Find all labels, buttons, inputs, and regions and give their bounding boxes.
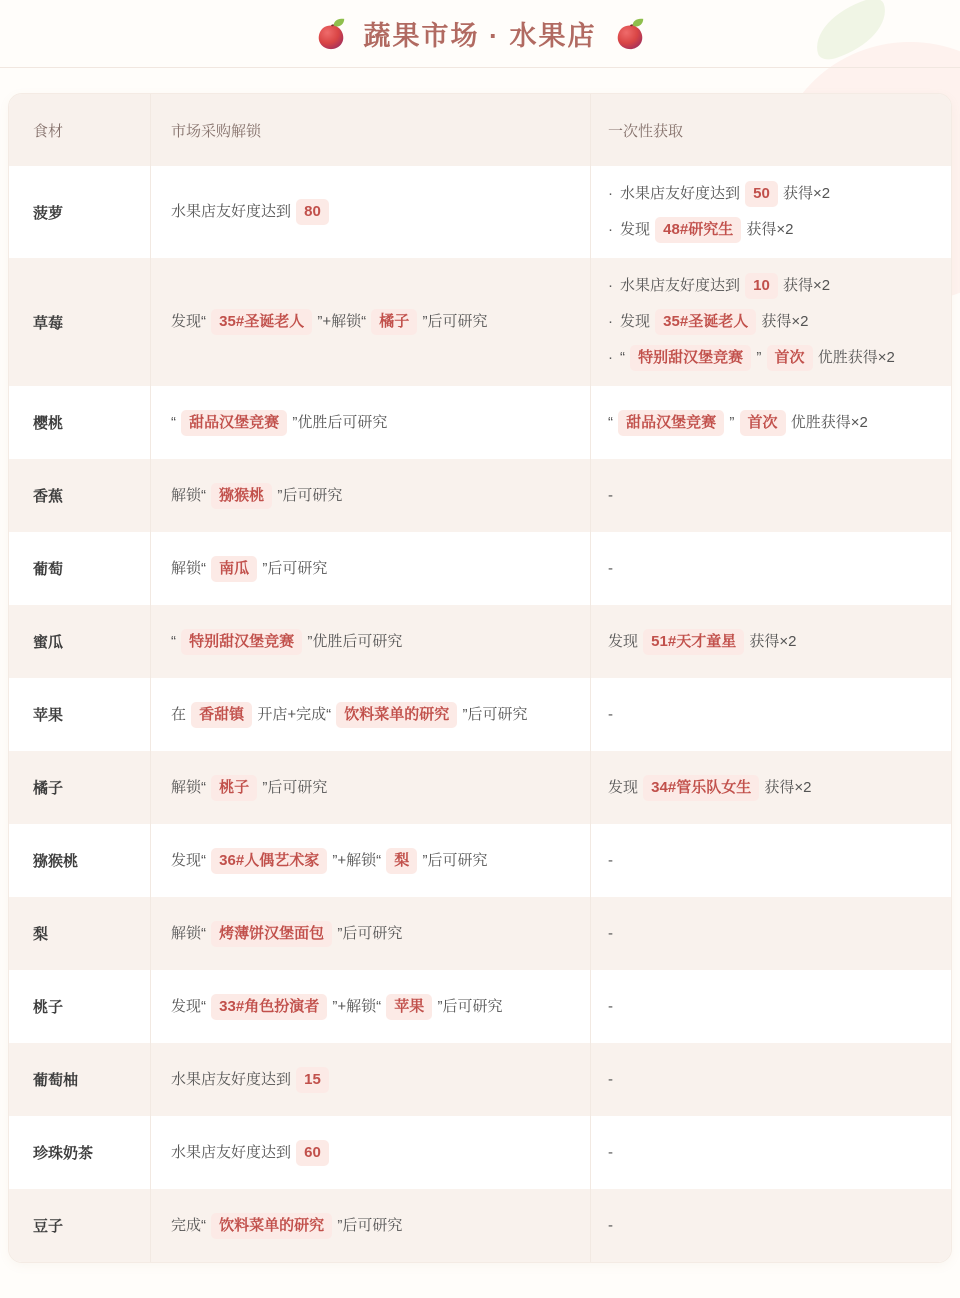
table-row: 豆子完成“ 饮料菜单的研究 ”后可研究- bbox=[9, 1189, 951, 1262]
ingredient-name: 草莓 bbox=[9, 258, 151, 386]
acquire-line: ·发现 48#研究生 获得×2 bbox=[608, 212, 935, 248]
table-row: 橘子解锁“ 桃子 ”后可研究发现 34#管乐队女生 获得×2 bbox=[9, 751, 951, 824]
ingredient-name: 樱桃 bbox=[9, 386, 151, 459]
acquire-line: - bbox=[608, 1135, 935, 1171]
unlock-condition: 解锁“ 烤薄饼汉堡面包 ”后可研究 bbox=[151, 897, 591, 970]
unlock-text: 解锁“ 桃子 ”后可研究 bbox=[171, 770, 327, 806]
unlock-text: 水果店友好度达到 60 bbox=[171, 1135, 330, 1171]
acquire-line: - bbox=[608, 916, 935, 952]
acquire-line: 发现 51#天才童星 获得×2 bbox=[608, 624, 935, 660]
table-row: 苹果在 香甜镇 开店+完成“ 饮料菜单的研究 ”后可研究- bbox=[9, 678, 951, 751]
unlock-text: 发现“ 33#角色扮演者 ”+解锁“ 苹果 ”后可研究 bbox=[171, 989, 502, 1025]
unlock-text: 解锁“ 南瓜 ”后可研究 bbox=[171, 551, 327, 587]
bullet-dot: · bbox=[608, 176, 613, 212]
unlock-condition: 发现“ 33#角色扮演者 ”+解锁“ 苹果 ”后可研究 bbox=[151, 970, 591, 1043]
unlock-condition: 发现“ 35#圣诞老人 ”+解锁“ 橘子 ”后可研究 bbox=[151, 258, 591, 386]
unlock-text: 发现“ 36#人偶艺术家 ”+解锁“ 梨 ”后可研究 bbox=[171, 843, 487, 879]
unlock-text: 水果店友好度达到 15 bbox=[171, 1062, 330, 1098]
highlight-tag: 33#角色扮演者 bbox=[211, 994, 327, 1020]
table-row: 珍珠奶茶水果店友好度达到 60- bbox=[9, 1116, 951, 1189]
acquire-lines: - bbox=[608, 551, 935, 587]
acquire-lines: - bbox=[608, 916, 935, 952]
highlight-tag: 甜品汉堡竞赛 bbox=[181, 410, 287, 436]
unlock-text: 完成“ 饮料菜单的研究 ”后可研究 bbox=[171, 1208, 402, 1244]
one-time-acquire: - bbox=[591, 970, 951, 1043]
table-row: 蜜瓜“ 特别甜汉堡竞赛 ”优胜后可研究发现 51#天才童星 获得×2 bbox=[9, 605, 951, 678]
unlock-condition: 解锁“ 猕猴桃 ”后可研究 bbox=[151, 459, 591, 532]
highlight-tag: 51#天才童星 bbox=[643, 629, 744, 655]
ingredient-name: 蜜瓜 bbox=[9, 605, 151, 678]
column-header-unlock: 市场采购解锁 bbox=[151, 94, 591, 166]
unlock-condition: “ 甜品汉堡竞赛 ”优胜后可研究 bbox=[151, 386, 591, 459]
highlight-tag: 10 bbox=[745, 273, 778, 299]
acquire-lines: - bbox=[608, 697, 935, 733]
one-time-acquire: “ 甜品汉堡竞赛 ” 首次 优胜获得×2 bbox=[591, 386, 951, 459]
bullet-dot: · bbox=[608, 340, 613, 376]
highlight-tag: 48#研究生 bbox=[655, 217, 741, 243]
acquire-lines: ·水果店友好度达到 50 获得×2·发现 48#研究生 获得×2 bbox=[608, 176, 935, 248]
ingredient-name: 苹果 bbox=[9, 678, 151, 751]
one-time-acquire: - bbox=[591, 897, 951, 970]
table-row: 草莓发现“ 35#圣诞老人 ”+解锁“ 橘子 ”后可研究·水果店友好度达到 10… bbox=[9, 258, 951, 386]
column-header-acquire: 一次性获取 bbox=[591, 94, 951, 166]
one-time-acquire: - bbox=[591, 678, 951, 751]
acquire-line: “ 甜品汉堡竞赛 ” 首次 优胜获得×2 bbox=[608, 405, 935, 441]
unlock-condition: 水果店友好度达到 15 bbox=[151, 1043, 591, 1116]
table-row: 香蕉解锁“ 猕猴桃 ”后可研究- bbox=[9, 459, 951, 532]
one-time-acquire: 发现 51#天才童星 获得×2 bbox=[591, 605, 951, 678]
column-header-ingredient: 食材 bbox=[9, 94, 151, 166]
one-time-acquire: ·水果店友好度达到 10 获得×2·发现 35#圣诞老人 获得×2·“ 特别甜汉… bbox=[591, 258, 951, 386]
page-title: 蔬果市场 · 水果店 bbox=[364, 14, 597, 53]
ingredient-name: 豆子 bbox=[9, 1189, 151, 1262]
highlight-tag: 烤薄饼汉堡面包 bbox=[211, 921, 332, 947]
acquire-line: - bbox=[608, 1208, 935, 1244]
ingredient-name: 猕猴桃 bbox=[9, 824, 151, 897]
acquire-lines: - bbox=[608, 1208, 935, 1244]
unlock-condition: 水果店友好度达到 80 bbox=[151, 166, 591, 258]
ingredient-name: 葡萄 bbox=[9, 532, 151, 605]
unlock-text: 在 香甜镇 开店+完成“ 饮料菜单的研究 ”后可研究 bbox=[171, 697, 527, 733]
acquire-line: - bbox=[608, 697, 935, 733]
highlight-tag: 饮料菜单的研究 bbox=[211, 1213, 332, 1239]
highlight-tag: 80 bbox=[296, 199, 329, 225]
highlight-tag: 34#管乐队女生 bbox=[643, 775, 759, 801]
acquire-line: 发现 34#管乐队女生 获得×2 bbox=[608, 770, 935, 806]
unlock-text: “ 特别甜汉堡竞赛 ”优胜后可研究 bbox=[171, 624, 402, 660]
unlock-text: 解锁“ 烤薄饼汉堡面包 ”后可研究 bbox=[171, 916, 402, 952]
highlight-tag: 36#人偶艺术家 bbox=[211, 848, 327, 874]
one-time-acquire: - bbox=[591, 1189, 951, 1262]
acquire-lines: 发现 34#管乐队女生 获得×2 bbox=[608, 770, 935, 806]
highlight-tag: 饮料菜单的研究 bbox=[336, 702, 457, 728]
acquire-line: - bbox=[608, 478, 935, 514]
unlock-text: 发现“ 35#圣诞老人 ”+解锁“ 橘子 ”后可研究 bbox=[171, 304, 487, 340]
one-time-acquire: 发现 34#管乐队女生 获得×2 bbox=[591, 751, 951, 824]
highlight-tag: 苹果 bbox=[386, 994, 432, 1020]
acquire-lines: “ 甜品汉堡竞赛 ” 首次 优胜获得×2 bbox=[608, 405, 935, 441]
unlock-condition: 解锁“ 桃子 ”后可研究 bbox=[151, 751, 591, 824]
unlock-condition: 水果店友好度达到 60 bbox=[151, 1116, 591, 1189]
unlock-condition: 在 香甜镇 开店+完成“ 饮料菜单的研究 ”后可研究 bbox=[151, 678, 591, 751]
acquire-lines: 发现 51#天才童星 获得×2 bbox=[608, 624, 935, 660]
acquire-line: ·水果店友好度达到 10 获得×2 bbox=[608, 268, 935, 304]
highlight-tag: 特别甜汉堡竞赛 bbox=[630, 345, 751, 371]
unlock-text: 解锁“ 猕猴桃 ”后可研究 bbox=[171, 478, 342, 514]
highlight-tag: 15 bbox=[296, 1067, 329, 1093]
table-row: 葡萄解锁“ 南瓜 ”后可研究- bbox=[9, 532, 951, 605]
ingredient-name: 梨 bbox=[9, 897, 151, 970]
unlock-table: 食材 市场采购解锁 一次性获取 菠萝水果店友好度达到 80·水果店友好度达到 5… bbox=[8, 93, 952, 1263]
table-body: 菠萝水果店友好度达到 80·水果店友好度达到 50 获得×2·发现 48#研究生… bbox=[9, 166, 951, 1262]
highlight-tag: 首次 bbox=[767, 345, 813, 371]
unlock-condition: 发现“ 36#人偶艺术家 ”+解锁“ 梨 ”后可研究 bbox=[151, 824, 591, 897]
highlight-tag: 35#圣诞老人 bbox=[211, 309, 312, 335]
title-bar: 蔬果市场 · 水果店 bbox=[0, 0, 960, 68]
highlight-tag: 橘子 bbox=[371, 309, 417, 335]
table-row: 樱桃“ 甜品汉堡竞赛 ”优胜后可研究“ 甜品汉堡竞赛 ” 首次 优胜获得×2 bbox=[9, 386, 951, 459]
ingredient-name: 珍珠奶茶 bbox=[9, 1116, 151, 1189]
acquire-line: ·水果店友好度达到 50 获得×2 bbox=[608, 176, 935, 212]
acquire-lines: - bbox=[608, 478, 935, 514]
bullet-dot: · bbox=[608, 268, 613, 304]
highlight-tag: 35#圣诞老人 bbox=[655, 309, 756, 335]
highlight-tag: 香甜镇 bbox=[191, 702, 252, 728]
highlight-tag: 桃子 bbox=[211, 775, 257, 801]
one-time-acquire: - bbox=[591, 532, 951, 605]
table-header-row: 食材 市场采购解锁 一次性获取 bbox=[9, 94, 951, 166]
unlock-text: 水果店友好度达到 80 bbox=[171, 194, 330, 230]
acquire-lines: - bbox=[608, 989, 935, 1025]
ingredient-name: 香蕉 bbox=[9, 459, 151, 532]
highlight-tag: 60 bbox=[296, 1140, 329, 1166]
table-row: 猕猴桃发现“ 36#人偶艺术家 ”+解锁“ 梨 ”后可研究- bbox=[9, 824, 951, 897]
bullet-dot: · bbox=[608, 304, 613, 340]
highlight-tag: 特别甜汉堡竞赛 bbox=[181, 629, 302, 655]
acquire-lines: ·水果店友好度达到 10 获得×2·发现 35#圣诞老人 获得×2·“ 特别甜汉… bbox=[608, 268, 935, 376]
bullet-dot: · bbox=[608, 212, 613, 248]
highlight-tag: 甜品汉堡竞赛 bbox=[618, 410, 724, 436]
unlock-condition: 解锁“ 南瓜 ”后可研究 bbox=[151, 532, 591, 605]
one-time-acquire: - bbox=[591, 459, 951, 532]
table-row: 葡萄柚水果店友好度达到 15- bbox=[9, 1043, 951, 1116]
table-row: 桃子发现“ 33#角色扮演者 ”+解锁“ 苹果 ”后可研究- bbox=[9, 970, 951, 1043]
acquire-line: - bbox=[608, 843, 935, 879]
one-time-acquire: - bbox=[591, 1116, 951, 1189]
one-time-acquire: - bbox=[591, 824, 951, 897]
acquire-lines: - bbox=[608, 1135, 935, 1171]
acquire-line: - bbox=[608, 989, 935, 1025]
ingredient-name: 橘子 bbox=[9, 751, 151, 824]
table-row: 梨解锁“ 烤薄饼汉堡面包 ”后可研究- bbox=[9, 897, 951, 970]
highlight-tag: 梨 bbox=[386, 848, 417, 874]
apple-icon bbox=[314, 17, 348, 51]
acquire-line: ·“ 特别甜汉堡竞赛 ” 首次 优胜获得×2 bbox=[608, 340, 935, 376]
acquire-lines: - bbox=[608, 1062, 935, 1098]
acquire-lines: - bbox=[608, 843, 935, 879]
acquire-line: - bbox=[608, 1062, 935, 1098]
acquire-line: ·发现 35#圣诞老人 获得×2 bbox=[608, 304, 935, 340]
ingredient-name: 葡萄柚 bbox=[9, 1043, 151, 1116]
ingredient-name: 菠萝 bbox=[9, 166, 151, 258]
apple-icon bbox=[613, 17, 647, 51]
ingredient-name: 桃子 bbox=[9, 970, 151, 1043]
one-time-acquire: - bbox=[591, 1043, 951, 1116]
acquire-line: - bbox=[608, 551, 935, 587]
highlight-tag: 50 bbox=[745, 181, 778, 207]
unlock-condition: 完成“ 饮料菜单的研究 ”后可研究 bbox=[151, 1189, 591, 1262]
unlock-text: “ 甜品汉堡竞赛 ”优胜后可研究 bbox=[171, 405, 387, 441]
unlock-condition: “ 特别甜汉堡竞赛 ”优胜后可研究 bbox=[151, 605, 591, 678]
highlight-tag: 首次 bbox=[740, 410, 786, 436]
one-time-acquire: ·水果店友好度达到 50 获得×2·发现 48#研究生 获得×2 bbox=[591, 166, 951, 258]
table-row: 菠萝水果店友好度达到 80·水果店友好度达到 50 获得×2·发现 48#研究生… bbox=[9, 166, 951, 258]
highlight-tag: 南瓜 bbox=[211, 556, 257, 582]
highlight-tag: 猕猴桃 bbox=[211, 483, 272, 509]
